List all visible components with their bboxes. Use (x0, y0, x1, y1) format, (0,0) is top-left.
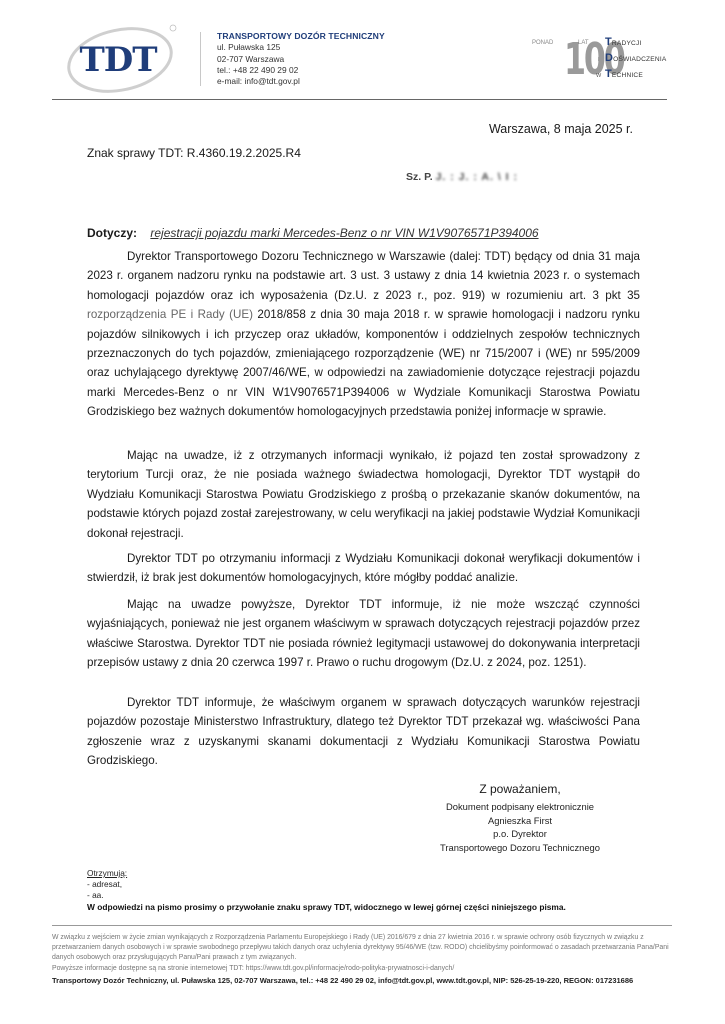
rodo-text: W związku z wejściem w życie zmian wynik… (52, 933, 678, 964)
greeting: Z poważaniem, (400, 782, 640, 796)
subject-text: rejestracji pojazdu marki Mercedes-Benz … (150, 226, 538, 240)
subject-label: Dotyczy: (87, 226, 137, 240)
header-divider (52, 99, 667, 100)
rodo-notice: W związku z wejściem w życie zmian wynik… (52, 933, 678, 974)
badge-line-3: TECHNICE (605, 68, 643, 80)
reply-notice: W odpowiedzi na pismo prosimy o przywoła… (87, 902, 566, 912)
badge-ponad: PONAD (532, 40, 553, 46)
paragraph-4: Mając na uwadze powyższe, Dyrektor TDT i… (87, 595, 640, 673)
paragraph-2: Mając na uwadze, iż z otrzymanych inform… (87, 446, 640, 543)
addressee-prefix: Sz. P. (406, 171, 433, 183)
rodo-link-line[interactable]: Powyższe informacje dostępne są na stron… (52, 964, 678, 974)
100-years-badge: PONAD 100 LAT TRADYCJI I DOŚWIADCZENIA W… (528, 34, 688, 86)
subject: Dotyczy: rejestracji pojazdu marki Merce… (87, 226, 539, 240)
svg-text:TDT: TDT (79, 40, 157, 80)
signature-block: Z poważaniem, Dokument podpisany elektro… (400, 782, 640, 854)
addressee-redacted: J. : J. : A. \ I : (436, 171, 518, 183)
signer-org: Transportowego Dozoru Technicznego (400, 841, 640, 855)
recipients: Otrzymują: - adresat, - aa. (87, 868, 127, 902)
badge-prefix-w: W (596, 73, 601, 79)
org-street: ul. Puławska 125 (217, 42, 385, 53)
company-footer: Transportowy Dozór Techniczny, ul. Puław… (52, 976, 633, 985)
header-separator (200, 32, 201, 86)
recipient-item: - aa. (87, 890, 127, 901)
signer-name: Agnieszka First (400, 814, 640, 828)
footer-divider (52, 925, 672, 926)
badge-prefix-i: I (598, 57, 600, 63)
badge-line-1: TRADYCJI (605, 36, 642, 48)
org-email: e-mail: info@tdt.gov.pl (217, 76, 385, 87)
paragraph-1: Dyrektor Transportowego Dozoru Techniczn… (87, 247, 640, 422)
org-city: 02-707 Warszawa (217, 54, 385, 65)
org-info: TRANSPORTOWY DOZÓR TECHNICZNY ul. Puławs… (217, 31, 385, 87)
badge-lat: LAT (578, 40, 589, 46)
badge-line-2: DOŚWIADCZENIA (605, 52, 666, 64)
org-name: TRANSPORTOWY DOZÓR TECHNICZNY (217, 31, 385, 42)
signature-line: Dokument podpisany elektronicznie (400, 800, 640, 814)
case-number: Znak sprawy TDT: R.4360.19.2.2025.R4 (87, 146, 301, 160)
paragraph-3: Dyrektor TDT po otrzymaniu informacji z … (87, 549, 640, 588)
signer-title: p.o. Dyrektor (400, 827, 640, 841)
tdt-logo-icon: TDT (58, 22, 178, 97)
org-phone: tel.: +48 22 490 29 02 (217, 65, 385, 76)
place-date: Warszawa, 8 maja 2025 r. (489, 122, 633, 136)
recipients-title: Otrzymują: (87, 868, 127, 879)
paragraph-5: Dyrektor TDT informuje, że właściwym org… (87, 693, 640, 771)
tdt-logo: TDT (58, 22, 178, 97)
recipient-item: - adresat, (87, 879, 127, 890)
addressee: Sz. P. J. : J. : A. \ I : (406, 171, 518, 183)
